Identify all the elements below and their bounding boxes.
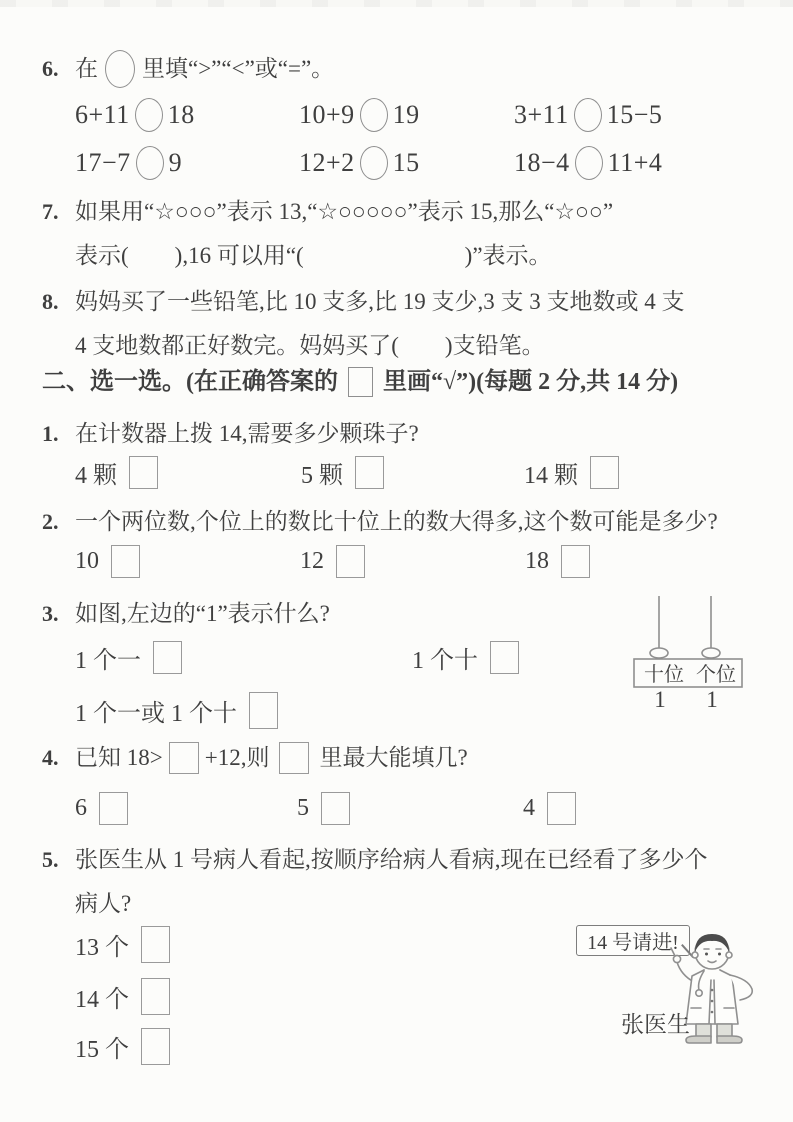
ones-digit: 1: [706, 687, 718, 712]
doctor-eye-right: [718, 953, 721, 956]
doctor-eye-left: [705, 953, 708, 956]
q3-option-1-checkbox[interactable]: [153, 641, 182, 674]
option-label: 5: [297, 795, 309, 822]
q1-option-1: 4 颗: [75, 455, 158, 490]
q4-option-3-checkbox[interactable]: [547, 792, 576, 825]
comparison-right: 15−5: [607, 100, 663, 130]
doctor-coat: [686, 970, 738, 1024]
question-4-prompt: 4.已知 18>+12,则里最大能填几?: [42, 742, 468, 774]
option-label: 1 个一: [75, 640, 141, 675]
question-5-text-line1: 张医生从 1 号病人看起,按顺序给病人看病,现在已经看了多少个: [75, 844, 708, 875]
option-label: 15 个: [75, 1029, 129, 1064]
comparison-right: 18: [168, 100, 195, 130]
option-label: 5 颗: [301, 455, 343, 490]
question-4-text-3: 里最大能填几?: [319, 742, 467, 773]
question-6-number: 6.: [42, 54, 75, 84]
q4-option-3: 4: [523, 792, 576, 825]
comparison-right: 11+4: [608, 148, 663, 178]
q5-option-3: 15 个: [75, 1028, 170, 1065]
question-5-line1: 5.张医生从 1 号病人看起,按顺序给病人看病,现在已经看了多少个: [42, 844, 708, 875]
doctor-coat-button: [711, 1011, 714, 1014]
comparison-left: 12+2: [299, 148, 355, 178]
question-4-text-1: 已知 18>: [75, 742, 163, 773]
q4-inline-box-2[interactable]: [279, 742, 309, 774]
question-8-text-line1: 妈妈买了一些铅笔,比 10 支多,比 19 支少,3 支 3 支地数或 4 支: [75, 286, 685, 317]
speech-bubble-text: 14 号请进!: [587, 926, 679, 955]
q1-option-3-checkbox[interactable]: [590, 456, 619, 489]
section-2-text-before: 二、选一选。(在正确答案的: [42, 366, 338, 398]
comparison-item-3: 3+11 15−5: [514, 98, 662, 132]
question-5-number: 5.: [42, 845, 75, 875]
doctor-coat-button: [711, 1000, 714, 1003]
q4-option-1: 6: [75, 792, 128, 825]
q3-option-3: 1 个一或 1 个十: [75, 692, 278, 729]
q4-inline-box-1[interactable]: [169, 742, 199, 774]
comparison-item-5: 12+2 15: [299, 146, 420, 180]
question-6-inline-answer-circle[interactable]: [105, 50, 135, 88]
q3-option-2: 1 个十: [412, 640, 519, 675]
section-2-text-after: 里画“√”)(每题 2 分,共 14 分): [383, 366, 678, 398]
question-3-number: 3.: [42, 599, 75, 629]
comparison-left: 10+9: [299, 100, 355, 130]
question-8-text-line2: 4 支地数都正好数完。妈妈买了( )支铅笔。: [75, 330, 545, 361]
question-6-text-after: 里填“>”“<”或“=”。: [142, 53, 334, 84]
comparison-item-1: 6+11 18: [75, 98, 195, 132]
comparison-answer-circle[interactable]: [575, 146, 603, 180]
q1-option-2-checkbox[interactable]: [355, 456, 384, 489]
question-7-line2: 表示( ),16 可以用“( )”表示。: [75, 240, 552, 271]
comparison-answer-circle[interactable]: [136, 146, 164, 180]
option-label: 1 个十: [412, 640, 478, 675]
question-2-text: 一个两位数,个位上的数比十位上的数大得多,这个数可能是多少?: [75, 506, 718, 537]
doctor-stethoscope-chestpiece: [696, 990, 702, 996]
question-4-number: 4.: [42, 743, 75, 773]
option-label: 12: [300, 548, 324, 575]
q5-option-2-checkbox[interactable]: [141, 978, 170, 1015]
question-7-text-line1: 如果用“☆○○○”表示 13,“☆○○○○○”表示 15,那么“☆○○”: [75, 196, 613, 227]
question-4-text-2: +12,则: [205, 742, 270, 773]
q5-option-3-checkbox[interactable]: [141, 1028, 170, 1065]
doctor-leg-left: [696, 1024, 711, 1037]
doctor-coat-opening-right: [714, 980, 715, 1024]
comparison-right: 9: [169, 148, 183, 178]
question-3-prompt: 3.如图,左边的“1”表示什么?: [42, 598, 330, 629]
scan-artifact-strip: [0, 0, 793, 7]
q4-option-2-checkbox[interactable]: [321, 792, 350, 825]
section-2-header: 二、选一选。(在正确答案的里画“√”)(每题 2 分,共 14 分): [42, 366, 678, 398]
q3-option-3-checkbox[interactable]: [249, 692, 278, 729]
option-label: 1 个一或 1 个十: [75, 693, 237, 728]
question-8-line2: 4 支地数都正好数完。妈妈买了( )支铅笔。: [75, 330, 545, 361]
comparison-right: 15: [393, 148, 420, 178]
option-label: 14 个: [75, 979, 129, 1014]
option-label: 13 个: [75, 927, 129, 962]
question-1-prompt: 1.在计数器上拨 14,需要多少颗珠子?: [42, 418, 419, 449]
comparison-item-2: 10+9 19: [299, 98, 420, 132]
q2-option-3-checkbox[interactable]: [561, 545, 590, 578]
q5-option-1: 13 个: [75, 926, 170, 963]
tens-bead: [650, 648, 668, 658]
q3-option-1: 1 个一: [75, 640, 182, 675]
comparison-answer-circle[interactable]: [135, 98, 163, 132]
ones-place-label: 个位: [696, 663, 736, 686]
option-label: 4: [523, 795, 535, 822]
q2-option-2-checkbox[interactable]: [336, 545, 365, 578]
question-1-number: 1.: [42, 419, 75, 449]
q4-option-1-checkbox[interactable]: [99, 792, 128, 825]
q5-option-1-checkbox[interactable]: [141, 926, 170, 963]
q2-option-1: 10: [75, 545, 140, 578]
doctor-ear-right: [726, 952, 732, 958]
doctor-pointing-finger: [671, 948, 675, 956]
comparison-right: 19: [393, 100, 420, 130]
comparison-answer-circle[interactable]: [360, 98, 388, 132]
question-5-line2: 病人?: [75, 888, 131, 919]
place-value-counter-figure: 十位 个位 1 1: [628, 592, 752, 714]
doctor-shoe-right: [717, 1036, 742, 1043]
comparison-item-4: 17−7 9: [75, 146, 182, 180]
comparison-left: 18−4: [514, 148, 570, 178]
comparison-item-6: 18−4 11+4: [514, 146, 662, 180]
tens-place-label: 十位: [644, 663, 684, 686]
section-2-inline-box: [348, 367, 373, 397]
q2-option-2: 12: [300, 545, 365, 578]
worksheet-page: 6.在里填“>”“<”或“=”。 6+11 18 10+9 19 3+11 15…: [0, 0, 793, 1122]
option-label: 6: [75, 795, 87, 822]
question-5-text-line2: 病人?: [75, 888, 131, 919]
q2-option-3: 18: [525, 545, 590, 578]
q2-option-1-checkbox[interactable]: [111, 545, 140, 578]
q3-option-2-checkbox[interactable]: [490, 641, 519, 674]
option-label: 10: [75, 548, 99, 575]
doctor-name-label: 张医生: [621, 1006, 690, 1039]
comparison-left: 3+11: [514, 100, 569, 130]
q1-option-2: 5 颗: [301, 455, 384, 490]
question-2-prompt: 2.一个两位数,个位上的数比十位上的数大得多,这个数可能是多少?: [42, 506, 718, 537]
comparison-left: 17−7: [75, 148, 131, 178]
question-8-number: 8.: [42, 287, 75, 317]
doctor-coat-button: [711, 989, 714, 992]
option-label: 4 颗: [75, 455, 117, 490]
doctor-leg-right: [717, 1024, 732, 1037]
q1-option-3: 14 颗: [524, 455, 619, 490]
question-3-text: 如图,左边的“1”表示什么?: [75, 598, 330, 629]
question-6-text-before: 在: [75, 53, 98, 84]
q5-option-2: 14 个: [75, 978, 170, 1015]
question-2-number: 2.: [42, 507, 75, 537]
q1-option-1-checkbox[interactable]: [129, 456, 158, 489]
option-label: 18: [525, 548, 549, 575]
doctor-ear-left: [692, 952, 698, 958]
question-7-text-line2: 表示( ),16 可以用“( )”表示。: [75, 240, 552, 271]
comparison-left: 6+11: [75, 100, 130, 130]
option-label: 14 颗: [524, 455, 578, 490]
ones-bead: [702, 648, 720, 658]
question-6-prompt: 6.在里填“>”“<”或“=”。: [42, 50, 334, 88]
tens-digit: 1: [654, 687, 666, 712]
q4-option-2: 5: [297, 792, 350, 825]
comparison-answer-circle[interactable]: [360, 146, 388, 180]
question-7-number: 7.: [42, 197, 75, 227]
question-1-text: 在计数器上拨 14,需要多少颗珠子?: [75, 418, 419, 449]
question-7-line1: 7.如果用“☆○○○”表示 13,“☆○○○○○”表示 15,那么“☆○○”: [42, 196, 613, 227]
question-8-line1: 8.妈妈买了一些铅笔,比 10 支多,比 19 支少,3 支 3 支地数或 4 …: [42, 286, 685, 317]
comparison-answer-circle[interactable]: [574, 98, 602, 132]
